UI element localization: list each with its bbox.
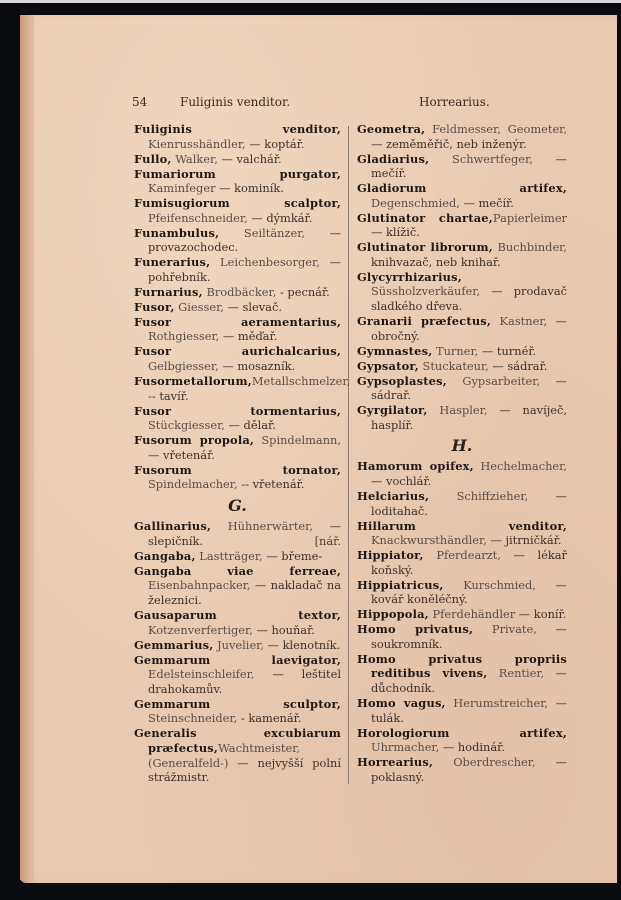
- german-translation: Pferdearzt,: [424, 548, 501, 562]
- german-translation: Walker,: [172, 152, 218, 166]
- german-translation: Degenschmied,: [371, 196, 460, 210]
- dictionary-entry: Gyrgilator, Haspler, — navíječ, hasplíř.: [357, 403, 567, 432]
- dictionary-entry: Glycyrrhizarius, Süssholzverkäufer, — pr…: [357, 270, 567, 314]
- latin-term: Fusor aeramentarius,: [134, 315, 341, 329]
- czech-translation: — hodinář.: [439, 740, 505, 754]
- latin-term: Glutinator chartae,: [357, 211, 493, 225]
- latin-term: Gangaba,: [134, 549, 196, 563]
- german-translation: Giesser,: [175, 300, 224, 314]
- german-translation: Hühnerwärter,: [211, 519, 313, 533]
- dictionary-entry: Homo privatus propriis reditibus vivens,…: [357, 652, 567, 696]
- latin-term: Fusorum propola,: [134, 433, 254, 447]
- latin-term: Helciarius,: [357, 489, 429, 503]
- german-translation: Kaminfeger: [148, 181, 216, 195]
- czech-translation: — mosazník.: [219, 359, 295, 373]
- latin-term: Fullo,: [134, 152, 172, 166]
- latin-term: Fusormetallorum,: [134, 374, 252, 388]
- latin-term: Homo vagus,: [357, 696, 446, 710]
- dictionary-entry: Fusor aeramentarius, Rothgiesser, — měďa…: [134, 315, 341, 344]
- german-translation: Steinschneider,: [148, 711, 237, 725]
- german-translation: Turner,: [432, 344, 478, 358]
- czech-translation: -- vřetenář.: [238, 477, 305, 491]
- latin-term: Granarii præfectus,: [357, 314, 491, 328]
- german-translation: Seiltänzer,: [219, 226, 305, 240]
- scan-top-strip: [0, 0, 621, 3]
- latin-term: Geometra,: [357, 122, 425, 136]
- dictionary-entry: Fusor aurichalcarius, Gelbgiesser, — mos…: [134, 344, 341, 373]
- dictionary-entry: Hamorum opifex, Hechelmacher, — vochlář.: [357, 459, 567, 488]
- dictionary-entry: Glutinator librorum, Buchbinder, knihvaz…: [357, 240, 567, 269]
- czech-translation: — klížič.: [371, 225, 420, 239]
- dictionary-entry: Fusorum tornator, Spindelmacher, -- vřet…: [134, 463, 341, 492]
- column-divider: [348, 126, 349, 784]
- czech-translation: -- tavíř.: [148, 389, 189, 403]
- german-translation: Buchbinder,: [493, 240, 567, 254]
- latin-term: Fusor tormentarius,: [134, 404, 341, 418]
- dictionary-entry: Geometra, Feldmesser, Geometer, — zeměmě…: [357, 122, 567, 151]
- latin-term: Hippiatricus,: [357, 578, 444, 592]
- latin-term: Fusorum tornator,: [134, 463, 341, 477]
- left-running-title: Fuliginis venditor.: [180, 95, 290, 109]
- german-translation: Oberdrescher,: [433, 755, 535, 769]
- dictionary-entry: Funambulus, Seiltänzer, — provazochodec.: [134, 226, 341, 255]
- dictionary-entry: Horrearius, Oberdrescher, — poklasný.: [357, 755, 567, 784]
- latin-term: Funambulus,: [134, 226, 219, 240]
- dictionary-entry: Helciarius, Schiffzieher, — loditahač.: [357, 489, 567, 518]
- german-translation: Kotzenverfertiger,: [148, 623, 253, 637]
- dictionary-entry: Fusorum propola, Spindelmann, — vřetenář…: [134, 433, 341, 462]
- czech-translation: — mečíř.: [460, 196, 514, 210]
- latin-term: Gypsoplastes,: [357, 374, 447, 388]
- czech-translation: — dělař.: [225, 418, 276, 432]
- latin-term: Homo privatus,: [357, 622, 473, 636]
- dictionary-entry: Generalis excubiarum præfectus,Wachtmeis…: [134, 726, 341, 784]
- latin-term: Gallinarius,: [134, 519, 211, 533]
- dictionary-entry: Gypsator, Stuckateur, — sádrař.: [357, 359, 567, 374]
- section-heading-g: G.: [134, 495, 341, 517]
- german-translation: Rothgiesser,: [148, 329, 219, 343]
- latin-term: Fusor,: [134, 300, 175, 314]
- dictionary-entry: Furnarius, Brodbäcker, - pecnář.: [134, 285, 341, 300]
- czech-translation: - pecnář.: [276, 285, 329, 299]
- czech-translation: — houňař.: [253, 623, 315, 637]
- german-translation: Papierleimer: [493, 211, 567, 225]
- dictionary-entry: Hippiator, Pferdearzt, — lékař koňský.: [357, 548, 567, 577]
- german-translation: Spindelmann,: [254, 433, 341, 447]
- right-column: Geometra, Feldmesser, Geometer, — zeměmě…: [357, 122, 567, 785]
- page-number: 54: [132, 95, 147, 109]
- dictionary-entry: Fumisugiorum scalptor, Pfeifenschneider,…: [134, 196, 341, 225]
- german-translation: Metallschmelzer,: [252, 374, 350, 388]
- czech-translation: — koníř.: [515, 607, 566, 621]
- latin-term: Furnarius,: [134, 285, 203, 299]
- german-translation: Private,: [473, 622, 537, 636]
- latin-term: Fusor aurichalcarius,: [134, 344, 341, 358]
- dictionary-entry: Gemmarum laevigator, Edelsteinschleifer,…: [134, 653, 341, 697]
- czech-translation: — klenotník.: [264, 638, 340, 652]
- dictionary-entry: Gypsoplastes, Gypsarbeiter, — sádrař.: [357, 374, 567, 403]
- latin-term: Glutinator librorum,: [357, 240, 493, 254]
- section-heading-h: H.: [357, 435, 567, 457]
- czech-translation: — valchář.: [218, 152, 282, 166]
- german-translation: Lastträger,: [196, 549, 263, 563]
- dictionary-entry: Funerarius, Leichenbesorger, — pohřebník…: [134, 255, 341, 284]
- czech-translation: - kamenář.: [237, 711, 301, 725]
- german-translation: Spindelmacher,: [148, 477, 238, 491]
- czech-translation: — kominík.: [216, 181, 284, 195]
- latin-term: Gladiarius,: [357, 152, 429, 166]
- german-translation: Edelsteinschleifer,: [148, 667, 255, 681]
- german-translation: Hechelmacher,: [474, 459, 567, 473]
- latin-term: Glycyrrhizarius,: [357, 270, 462, 284]
- dictionary-entry: Hippiatricus, Kurschmied, — kovář konělé…: [357, 578, 567, 607]
- latin-term: Fumisugiorum scalptor,: [134, 196, 341, 210]
- dictionary-entry: Hillarum venditor, Knackwursthändler, — …: [357, 519, 567, 548]
- dictionary-entry: Fumariorum purgator, Kaminfeger — kominí…: [134, 167, 341, 196]
- dictionary-entry: Fusor, Giesser, — slevač.: [134, 300, 341, 315]
- german-translation: Pferdehändler: [429, 607, 515, 621]
- german-translation: Kastner,: [491, 314, 547, 328]
- czech-translation: — měďař.: [219, 329, 277, 343]
- latin-term: Gemmarum laevigator,: [134, 653, 341, 667]
- dictionary-entry: Gangaba, Lastträger, — břeme-: [134, 549, 341, 564]
- german-translation: Kurschmied,: [444, 578, 536, 592]
- german-translation: Brodbäcker,: [203, 285, 277, 299]
- czech-translation: — dýmkář.: [248, 211, 313, 225]
- czech-translation: — vochlář.: [371, 474, 431, 488]
- german-translation: Gelbgiesser,: [148, 359, 219, 373]
- latin-term: Hippopola,: [357, 607, 429, 621]
- latin-term: Gangaba viae ferreae,: [134, 564, 341, 578]
- latin-term: Fuliginis venditor,: [134, 122, 341, 136]
- dictionary-entry: Gladiarius, Schwertfeger, — mečíř.: [357, 152, 567, 181]
- latin-term: Hippiator,: [357, 548, 424, 562]
- dictionary-entry: Gladiorum artifex, Degenschmied, — mečíř…: [357, 181, 567, 210]
- latin-term: Hamorum opifex,: [357, 459, 474, 473]
- latin-term: Gladiorum artifex,: [357, 181, 567, 195]
- dictionary-entry: Homo privatus, Private, — soukromník.: [357, 622, 567, 651]
- latin-term: Gausaparum textor,: [134, 608, 341, 622]
- dictionary-entry: Gymnastes, Turner, — turnéř.: [357, 344, 567, 359]
- german-translation: Rentier,: [487, 666, 544, 680]
- dictionary-entry: Homo vagus, Herumstreicher, — tulák.: [357, 696, 567, 725]
- latin-term: Gymnastes,: [357, 344, 432, 358]
- latin-term: Horologiorum artifex,: [357, 726, 567, 740]
- german-translation: Süssholzverkäufer,: [371, 284, 480, 298]
- czech-translation: — sádrař.: [489, 359, 548, 373]
- czech-translation: — jitrničkář.: [487, 533, 562, 547]
- german-translation: Stuckateur,: [419, 359, 489, 373]
- dictionary-entry: Horologiorum artifex, Uhrmacher, — hodin…: [357, 726, 567, 755]
- dictionary-entry: Hippopola, Pferdehändler — koníř.: [357, 607, 567, 622]
- dictionary-entry: Gausaparum textor, Kotzenverfertiger, — …: [134, 608, 341, 637]
- dictionary-entry: Fullo, Walker, — valchář.: [134, 152, 341, 167]
- czech-translation: — slevač.: [224, 300, 282, 314]
- german-translation: Leichenbesorger,: [210, 255, 320, 269]
- dictionary-entry: Glutinator chartae,Papierleimer — klížič…: [357, 211, 567, 240]
- dictionary-entry: Gemmarum sculptor, Steinschneider, - kam…: [134, 697, 341, 726]
- german-translation: Uhrmacher,: [371, 740, 439, 754]
- german-translation: Eisenbahnpacker,: [148, 578, 251, 592]
- dictionary-entry: Fusormetallorum,Metallschmelzer, -- taví…: [134, 374, 341, 403]
- latin-term: Gemmarius,: [134, 638, 213, 652]
- czech-translation: — vřetenář.: [148, 448, 215, 462]
- dictionary-entry: Gangaba viae ferreae, Eisenbahnpacker, —…: [134, 564, 341, 608]
- latin-term: Gemmarum sculptor,: [134, 697, 341, 711]
- german-translation: Herumstreicher,: [446, 696, 548, 710]
- german-translation: Schiffzieher,: [429, 489, 528, 503]
- page-binding-edge: [20, 15, 34, 880]
- latin-term: Horrearius,: [357, 755, 433, 769]
- latin-term: Gyrgilator,: [357, 403, 428, 417]
- dictionary-entry: Fuliginis venditor, Kienrusshändler, — k…: [134, 122, 341, 151]
- latin-term: Hillarum venditor,: [357, 519, 567, 533]
- running-header: 54 Fuliginis venditor. Horrearius.: [132, 95, 572, 113]
- german-translation: Gypsarbeiter,: [447, 374, 540, 388]
- german-translation: Feldmesser, Geometer,: [425, 122, 567, 136]
- dictionary-entry: Granarii præfectus, Kastner, — obročný.: [357, 314, 567, 343]
- german-translation: Schwertfeger,: [429, 152, 533, 166]
- german-translation: Stückgiesser,: [148, 418, 225, 432]
- czech-translation: — turnéř.: [478, 344, 536, 358]
- dictionary-entry: Fusor tormentarius, Stückgiesser, — děla…: [134, 404, 341, 433]
- czech-translation: knihvazač, neb knihař.: [371, 255, 501, 269]
- czech-translation: — koptář.: [246, 137, 305, 151]
- german-translation: Haspler,: [428, 403, 488, 417]
- german-translation: Knackwursthändler,: [371, 533, 487, 547]
- german-translation: Juvelier,: [213, 638, 264, 652]
- czech-translation: — zeměměřič, neb inženýr.: [371, 137, 527, 151]
- german-translation: Pfeifenschneider,: [148, 211, 248, 225]
- czech-translation: — břeme-: [263, 549, 323, 563]
- german-translation: Kienrusshändler,: [148, 137, 246, 151]
- right-running-title: Horrearius.: [419, 95, 490, 109]
- dictionary-entry: Gemmarius, Juvelier, — klenotník.: [134, 638, 341, 653]
- latin-term: Funerarius,: [134, 255, 210, 269]
- latin-term: Fumariorum purgator,: [134, 167, 341, 181]
- latin-term: Gypsator,: [357, 359, 419, 373]
- left-column: Fuliginis venditor, Kienrusshändler, — k…: [134, 122, 341, 785]
